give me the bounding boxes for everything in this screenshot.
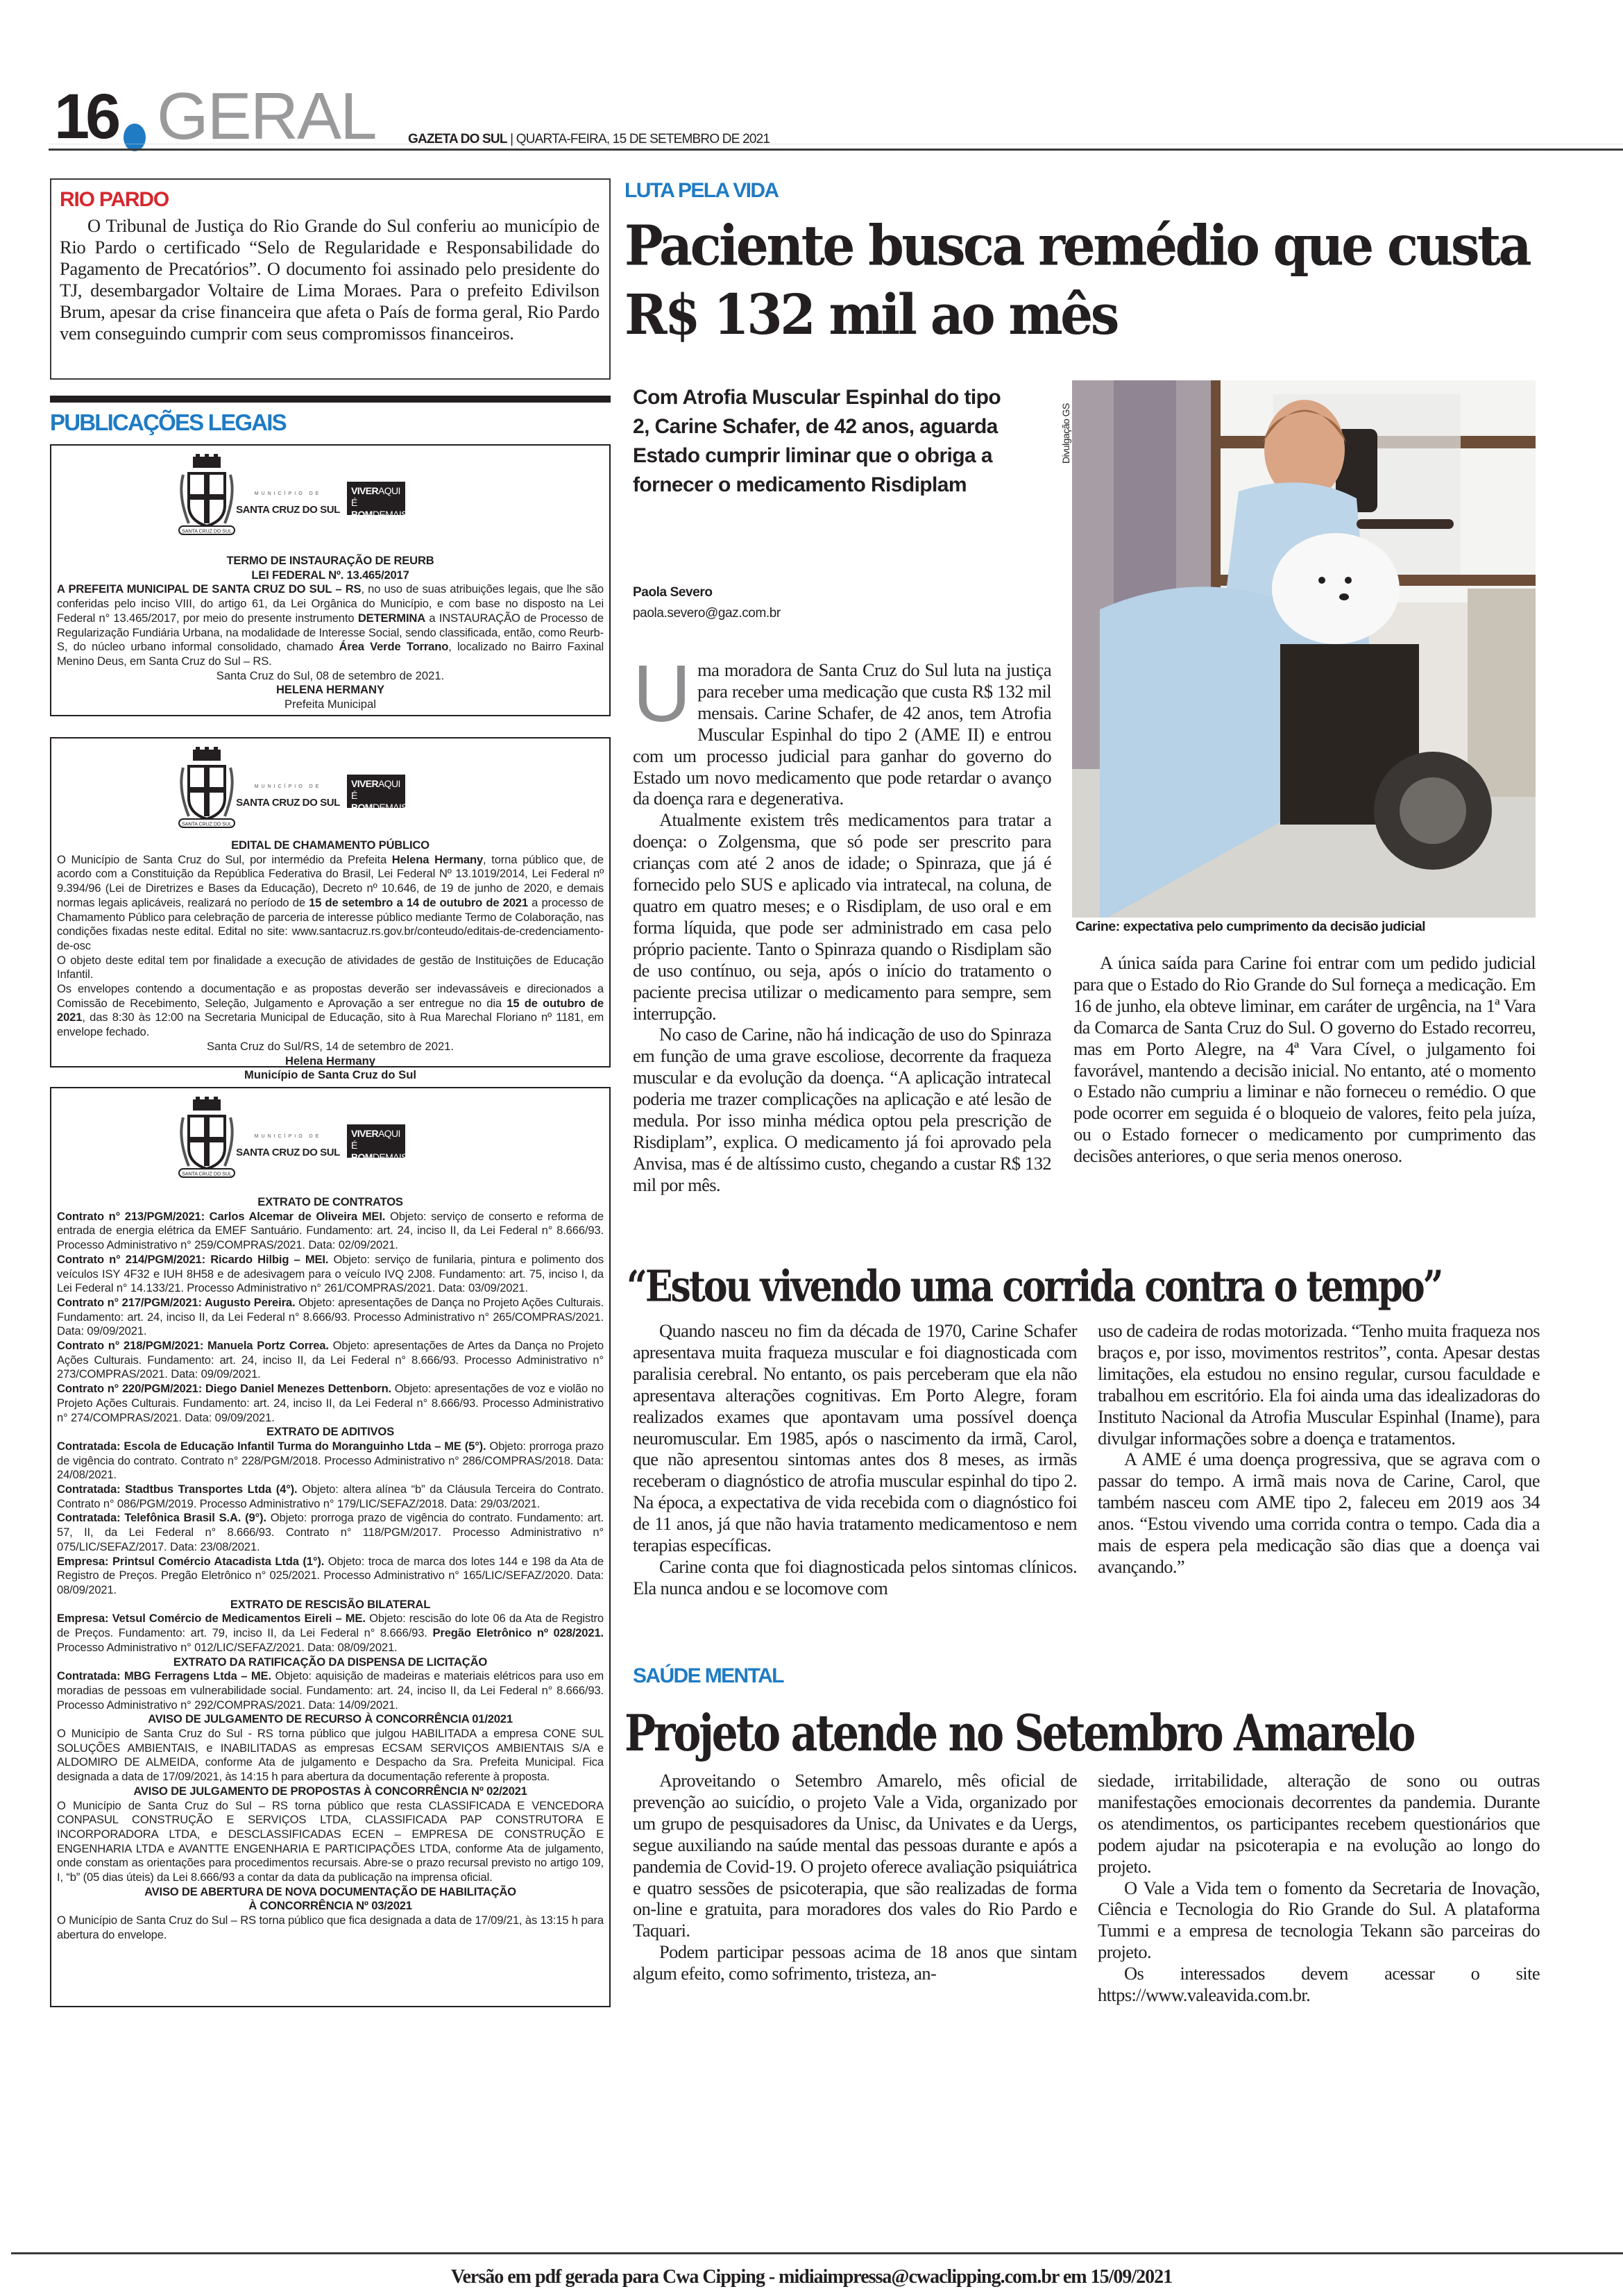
rescission-item: Empresa: Vetsul Comércio de Medicamentos… — [57, 1612, 604, 1655]
addendum-item: Empresa: Printsul Comércio Atacadista Lt… — [57, 1555, 604, 1598]
addendum-item: Contratada: Escola de Educação Infantil … — [57, 1440, 604, 1483]
story-paragraph: No caso de Carine, não há indicação de u… — [633, 1024, 1051, 1195]
story-paragraph: uso de cadeira de rodas motorizada. “Ten… — [1098, 1320, 1540, 1449]
story-paragraph: A AME é uma doença progressiva, que se a… — [1098, 1449, 1540, 1577]
section-rule — [50, 396, 611, 403]
notice-title: EXTRATO DA RATIFICAÇÃO DA DISPENSA DE LI… — [57, 1655, 604, 1670]
author-name: Paola Severo — [633, 585, 713, 600]
brief-kicker: RIO PARDO — [60, 188, 600, 211]
notice-title: AVISO DE ABERTURA DE NOVA DOCUMENTAÇÃO D… — [57, 1885, 604, 1900]
notice-title: AVISO DE JULGAMENTO DE PROPOSTAS À CONCO… — [57, 1784, 604, 1799]
contract-item: Contrato n° 214/PGM/2021: Ricardo Hilbig… — [57, 1253, 604, 1296]
legal-notice-extratos: SANTA CRUZ DO SUL MUNICÍPIO DE SANTA CRU… — [50, 1087, 611, 2007]
story-deck: Com Atrofia Muscular Espinhal do tipo 2,… — [633, 383, 1008, 500]
municipal-header: SANTA CRUZ DO SUL MUNICÍPIO DE SANTA CRU… — [57, 454, 604, 543]
story-paragraph: Podem participar pessoas acima de 18 ano… — [633, 1941, 1077, 1984]
coat-of-arms-icon: SANTA CRUZ DO SUL — [173, 1097, 240, 1185]
legal-section-title: PUBLICAÇÕES LEGAIS — [50, 410, 286, 436]
notice-title: TERMO DE INSTAURAÇÃO DE REURB — [57, 554, 604, 568]
story-paragraph: Quando nasceu no fim da década de 1970, … — [633, 1320, 1077, 1556]
municipal-header: SANTA CRUZ DO SUL MUNICÍPIO DE SANTA CRU… — [57, 747, 604, 836]
story-column-1: Uma moradora de Santa Cruz do Sul luta n… — [633, 659, 1051, 1196]
brief-text: O Tribunal de Justiça do Rio Grande do S… — [60, 215, 600, 344]
substory-column-2: uso de cadeira de rodas motorizada. “Ten… — [1098, 1320, 1540, 1578]
notice-signer-role: Prefeita Municipal — [57, 698, 604, 712]
notice-title: À CONCORRÊNCIA Nº 03/2021 — [57, 1899, 604, 1914]
contract-item: Contrato n° 220/PGM/2021: Diego Daniel M… — [57, 1382, 604, 1425]
notice-body: Os envelopes contendo a documentação e a… — [57, 982, 604, 1040]
contract-item: Contrato n° 213/PGM/2021: Carlos Alcemar… — [57, 1210, 604, 1253]
svg-text:SANTA CRUZ DO SUL: SANTA CRUZ DO SUL — [182, 822, 232, 827]
substory-column-1: Quando nasceu no fim da década de 1970, … — [633, 1320, 1077, 1599]
woman-in-wheelchair-with-dog-photo — [1072, 380, 1536, 918]
notice-signer: HELENA HERMANY — [57, 683, 604, 698]
notice-body: O Município de Santa Cruz do Sul – RS to… — [57, 1799, 604, 1885]
municipality-logo: MUNICÍPIO DE SANTA CRUZ DO SUL — [236, 1130, 340, 1160]
story-paragraph: siedade, irritabilidade, alteração de so… — [1098, 1770, 1540, 1877]
notice-body: O Município de Santa Cruz do Sul, por in… — [57, 853, 604, 954]
notice-place-date: Santa Cruz do Sul, 08 de setembro de 202… — [57, 669, 604, 684]
story-paragraph: Carine conta que foi diagnosticada pelos… — [633, 1556, 1077, 1599]
masthead-rule — [49, 149, 1623, 151]
story-paragraph: Atualmente existem três medicamentos par… — [633, 809, 1051, 1024]
addendum-item: Contratada: Stadtbus Transportes Ltda (4… — [57, 1483, 604, 1511]
slogan-badge: VIVERAQUI É BOMDEMAIS — [347, 482, 405, 515]
notice-subtitle: LEI FEDERAL Nº. 13.465/2017 — [57, 568, 604, 583]
story-kicker: LUTA PELA VIDA — [624, 179, 778, 203]
notice-title: EXTRATO DE RESCISÃO BILATERAL — [57, 1598, 604, 1612]
notice-body: O Município de Santa Cruz do Sul – RS to… — [57, 1914, 604, 1942]
notice-body: A PREFEITA MUNICIPAL DE SANTA CRUZ DO SU… — [57, 582, 604, 668]
notice-body: O Município de Santa Cruz do Sul - RS to… — [57, 1727, 604, 1784]
notice-signer-role: Município de Santa Cruz do Sul — [57, 1068, 604, 1083]
notice-title: EXTRATO DE CONTRATOS — [57, 1195, 604, 1210]
waiver-item: Contratada: MBG Ferragens Ltda – ME. Obj… — [57, 1669, 604, 1712]
section-name: GERAL — [157, 83, 375, 150]
notice-title: EXTRATO DE ADITIVOS — [57, 1425, 604, 1440]
coat-of-arms-icon: SANTA CRUZ DO SUL — [173, 747, 240, 836]
legal-notice-edital: SANTA CRUZ DO SUL MUNICÍPIO DE SANTA CRU… — [50, 737, 611, 1067]
story-paragraph: Uma moradora de Santa Cruz do Sul luta n… — [633, 659, 1051, 809]
contract-item: Contrato n° 218/PGM/2021: Manuela Portz … — [57, 1339, 604, 1382]
story-headline: Paciente busca remédio que custa R$ 132 … — [624, 212, 1596, 350]
slogan-badge: VIVERAQUI É BOMDEMAIS — [347, 1124, 405, 1158]
author-email[interactable]: paola.severo@gaz.com.br — [633, 606, 781, 621]
story-column-2: A única saída para Carine foi entrar com… — [1073, 952, 1536, 1167]
quote-headline: “Estou vivendo uma corrida contra o temp… — [627, 1262, 1556, 1312]
municipality-logo: MUNICÍPIO DE SANTA CRUZ DO SUL — [236, 487, 340, 517]
story-paragraph: A única saída para Carine foi entrar com… — [1073, 952, 1536, 1167]
edition-line: GAZETA DO SUL | QUARTA-FEIRA, 15 DE SETE… — [408, 132, 770, 147]
footer-note: Versão em pdf gerada para Cwa Cipping - … — [0, 2266, 1623, 2288]
municipality-logo: MUNICÍPIO DE SANTA CRUZ DO SUL — [236, 780, 340, 810]
addendum-item: Contratada: Telefônica Brasil S.A. (9°).… — [57, 1511, 604, 1554]
masthead-dotted-rule — [49, 144, 1623, 144]
story-kicker: SAÚDE MENTAL — [633, 1664, 783, 1688]
slogan-badge: VIVERAQUI É BOMDEMAIS — [347, 775, 405, 808]
mental-column-1: Aproveitando o Setembro Amarelo, mês ofi… — [633, 1770, 1077, 1984]
notice-place-date: Santa Cruz do Sul/RS, 14 de setembro de … — [57, 1040, 604, 1054]
notice-body: O objeto deste edital tem por finalidade… — [57, 954, 604, 982]
footer-rule — [11, 2252, 1623, 2254]
photo-caption: Carine: expectativa pelo cumprimento da … — [1076, 919, 1425, 935]
mental-column-2: siedade, irritabilidade, alteração de so… — [1098, 1770, 1540, 2006]
masthead: 16 GERAL GAZETA DO SUL | QUARTA-FEIRA, 1… — [54, 78, 1623, 147]
notice-title: AVISO DE JULGAMENTO DE RECURSO À CONCORR… — [57, 1712, 604, 1727]
page-number: 16 — [54, 85, 117, 149]
blue-dot-icon — [124, 124, 146, 151]
story-paragraph: O Vale a Vida tem o fomento da Secretari… — [1098, 1877, 1540, 1964]
municipal-header: SANTA CRUZ DO SUL MUNICÍPIO DE SANTA CRU… — [57, 1097, 604, 1185]
legal-notice-reurb: SANTA CRUZ DO SUL MUNICÍPIO DE SANTA CRU… — [50, 444, 611, 716]
story-paragraph: Os interessados devem acessar o site htt… — [1098, 1963, 1540, 2006]
contract-item: Contrato n° 217/PGM/2021: Augusto Pereir… — [57, 1296, 604, 1339]
rio-pardo-brief: RIO PARDO O Tribunal de Justiça do Rio G… — [50, 178, 611, 380]
svg-text:SANTA CRUZ DO SUL: SANTA CRUZ DO SUL — [182, 530, 232, 534]
story-headline: Projeto atende no Setembro Amarelo — [624, 1705, 1554, 1763]
coat-of-arms-icon: SANTA CRUZ DO SUL — [173, 454, 240, 543]
notice-signer: Helena Hermany — [57, 1054, 604, 1069]
drop-cap: U — [633, 662, 690, 725]
story-photo — [1072, 380, 1536, 918]
svg-text:SANTA CRUZ DO SUL: SANTA CRUZ DO SUL — [182, 1172, 232, 1177]
notice-title: EDITAL DE CHAMAMENTO PÚBLICO — [57, 838, 604, 853]
story-paragraph: Aproveitando o Setembro Amarelo, mês ofi… — [633, 1770, 1077, 1941]
